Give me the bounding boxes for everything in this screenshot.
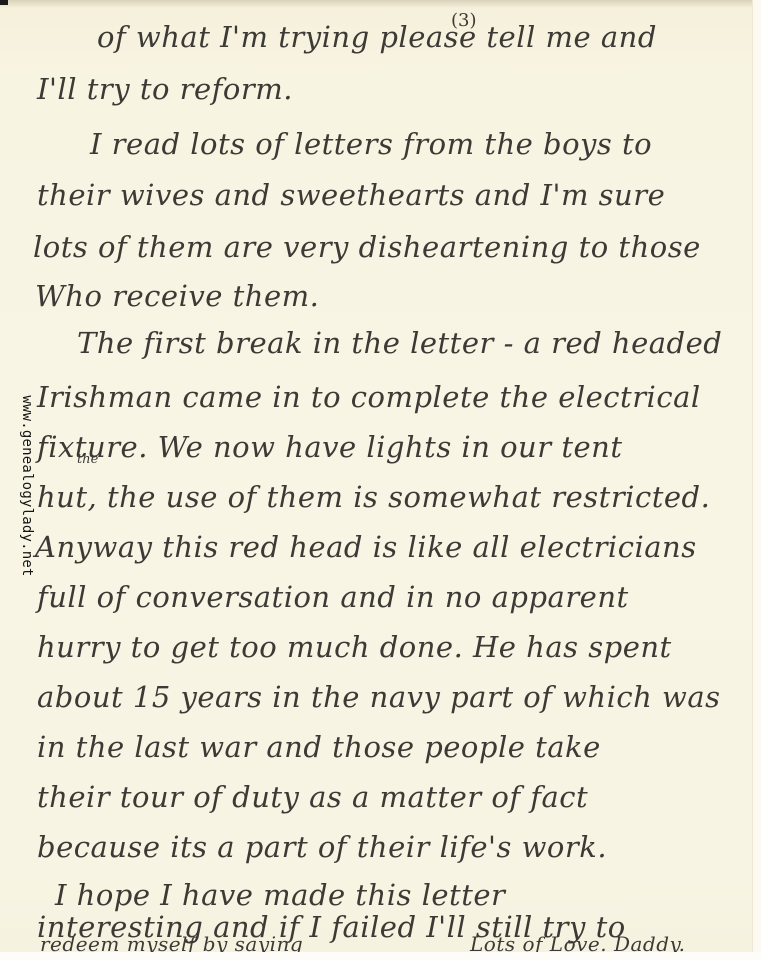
line-3: I read lots of letters from the boys to: [90, 127, 652, 161]
line-10: hut, the use of them is somewhat restric…: [37, 480, 710, 514]
scan-corner-mark: [0, 0, 8, 5]
line-18: I hope I have made this letter: [55, 878, 505, 912]
line-9: fixture. We now have lights in our tent: [37, 430, 622, 464]
line-14: about 15 years in the navy part of which…: [37, 680, 721, 714]
line-16: their tour of duty as a matter of fact: [37, 780, 588, 814]
inserted-word: the: [77, 452, 98, 467]
line-17: because its a part of their life's work.: [37, 830, 607, 864]
scan-bottom-edge: [0, 952, 761, 960]
line-1: of what I'm trying please tell me and: [97, 20, 657, 54]
line-12: full of conversation and in no apparent: [37, 580, 629, 614]
watermark: www.genealogylady.net: [19, 395, 35, 576]
line-6: Who receive them.: [35, 279, 319, 313]
letter-page: of what I'm trying please tell me and (3…: [0, 0, 753, 952]
line-11: Anyway this red head is like all electri…: [35, 530, 697, 564]
line-5: lots of them are very disheartening to t…: [33, 230, 701, 264]
line-8: Irishman came in to complete the electri…: [37, 380, 701, 414]
line-7: The first break in the letter - a red he…: [77, 326, 722, 360]
scan-top-edge: [0, 0, 752, 8]
page-number: (3): [451, 10, 477, 31]
line-4: their wives and sweethearts and I'm sure: [37, 178, 665, 212]
line-2: I'll try to reform.: [37, 72, 293, 106]
line-15: in the last war and those people take: [37, 730, 601, 764]
line-13: hurry to get too much done. He has spent: [37, 630, 672, 664]
